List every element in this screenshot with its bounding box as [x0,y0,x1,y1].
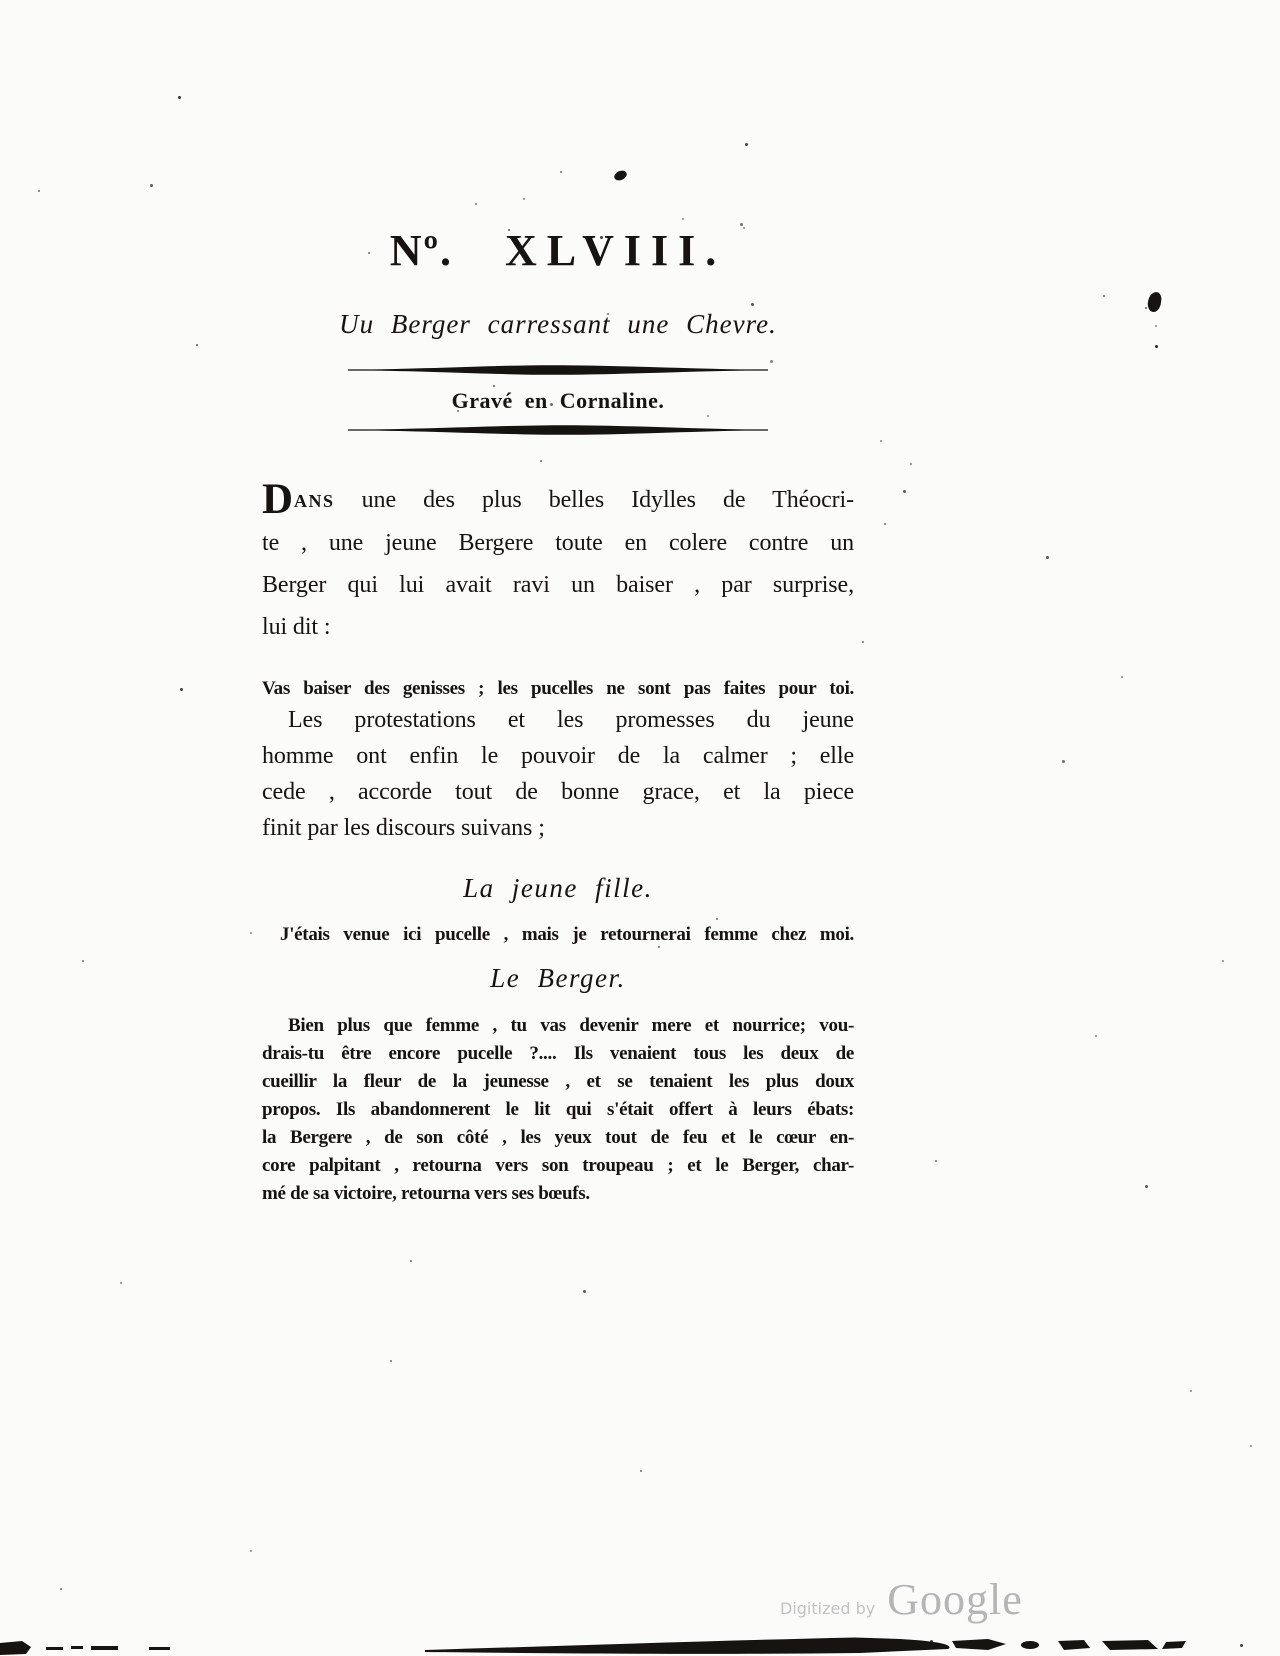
scan-speck [1190,1390,1192,1392]
drop-cap-smallcaps: ANS [294,491,335,511]
scan-speck [178,96,181,99]
scan-speck [1240,1644,1243,1647]
scan-speck [745,143,748,146]
text-line: homme ont enfin le pouvoir de la calmer … [262,738,854,774]
text-line-rest: une des plus belles Idylles de Théocri- [362,487,854,513]
scan-speck [935,1160,937,1162]
scan-speck [38,190,40,192]
text-line: finit par les discours suivans ; [262,810,854,846]
scan-speck [607,313,609,315]
scan-speck [120,1282,122,1284]
watermark-prefix: Digitized by [780,1599,875,1618]
text-line: la Bergere , de son côté , les yeux tout… [262,1124,854,1152]
scan-speck [390,1360,392,1362]
drop-cap-initial: D [262,476,293,523]
scan-speck [550,403,553,406]
plate-number-numeral: XLVIII. [505,226,726,276]
scan-speck [751,303,754,306]
text-line: Berger qui lui avait ravi un baiser , pa… [262,564,854,606]
scan-speck [1145,307,1147,309]
scan-speck [740,223,743,226]
scan-speck [1121,676,1123,678]
scan-speck [1155,325,1157,327]
heading-block: Nº. XLVIII. Uu Berger carressant une Che… [262,226,854,436]
scan-speck [658,946,660,948]
text-line: drais-tu être encore pucelle ?.... Ils v… [262,1040,854,1068]
scan-speck [682,218,684,220]
scan-speck [250,1550,252,1552]
scan-speck [82,960,84,962]
google-watermark: Digitized by Google [780,1574,1023,1625]
engraving-label: Gravé en Cornaline. [262,388,854,414]
swelled-rule-bottom [348,424,768,436]
scan-speck [840,756,842,758]
scan-speck [368,252,370,254]
verse-quote-line: Vas baiser des genisses ; les pucelles n… [262,676,854,702]
scan-speck [1155,345,1158,348]
swelled-rule-top [348,364,768,376]
scan-speck [1095,1035,1097,1037]
scan-speck [600,236,603,239]
scan-speck [410,1260,412,1262]
scan-speck [707,415,709,417]
scan-speck [1250,1445,1252,1447]
scan-speck [640,1470,642,1472]
plate-subtitle: Uu Berger carressant une Chevre. [262,308,854,340]
plate-number-prefix: Nº. [390,226,453,276]
scan-speck [1222,960,1224,962]
jeune-fille-line: J'étais venue ici pucelle , mais je reto… [262,922,854,948]
scan-speck [880,440,882,442]
text-line: Les protestations et les promesses du je… [262,702,854,738]
scan-speck [583,1290,586,1293]
scan-speck [196,344,198,346]
text-line: mé de sa victoire, retourna vers ses bœu… [262,1180,854,1208]
scan-speck [60,1588,62,1590]
scan-speck [930,1640,933,1643]
scan-bottom-edge [0,1632,1280,1656]
scan-speck [523,198,525,200]
scan-speck [560,171,562,173]
scan-speck [493,385,495,387]
text-line: lui dit : [262,606,854,648]
text-line: cede , accorde tout de bonne grace, et l… [262,774,854,810]
paragraph-narration: Les protestations et les promesses du je… [262,702,854,846]
text-line: Bien plus que femme , tu vas devenir mer… [262,1012,854,1040]
scan-speck [540,460,542,462]
google-logo: Google [887,1574,1023,1625]
speaker-heading-berger: Le Berger. [262,962,854,994]
scan-speck [884,523,886,525]
scan-speck [862,641,864,643]
scan-speck [1145,1185,1148,1188]
scan-speck [903,490,906,493]
speaker-heading-jeune-fille: La jeune fille. [262,872,854,904]
scan-speck [508,229,510,231]
ink-blob [1147,291,1163,313]
plate-number-title: Nº. XLVIII. [262,226,854,276]
paragraph-intro: DANS une des plus belles Idylles de Théo… [262,478,854,648]
scan-speck [743,227,745,229]
paragraph-berger-speech: Bien plus que femme , tu vas devenir mer… [262,1012,854,1208]
scan-speck [180,688,183,691]
scan-speck [910,463,912,465]
scan-speck [150,184,153,187]
scan-speck [1062,760,1065,763]
scan-speck [716,918,718,920]
scan-speck [1103,295,1105,297]
text-line: te , une jeune Bergere toute en colere c… [262,522,854,564]
scan-speck [770,360,773,363]
text-line: cueillir la fleur de la jeunesse , et se… [262,1068,854,1096]
scan-speck [250,932,252,934]
ink-blob [613,169,629,183]
book-page-scan: Nº. XLVIII. Uu Berger carressant une Che… [0,0,1280,1656]
text-line: core palpitant , retourna vers son troup… [262,1152,854,1180]
scan-speck [1046,556,1049,559]
text-line: propos. Ils abandonnerent le lit qui s'é… [262,1096,854,1124]
scan-speck [475,203,477,205]
scan-speck [457,410,459,412]
text-line: DANS une des plus belles Idylles de Théo… [262,478,854,522]
